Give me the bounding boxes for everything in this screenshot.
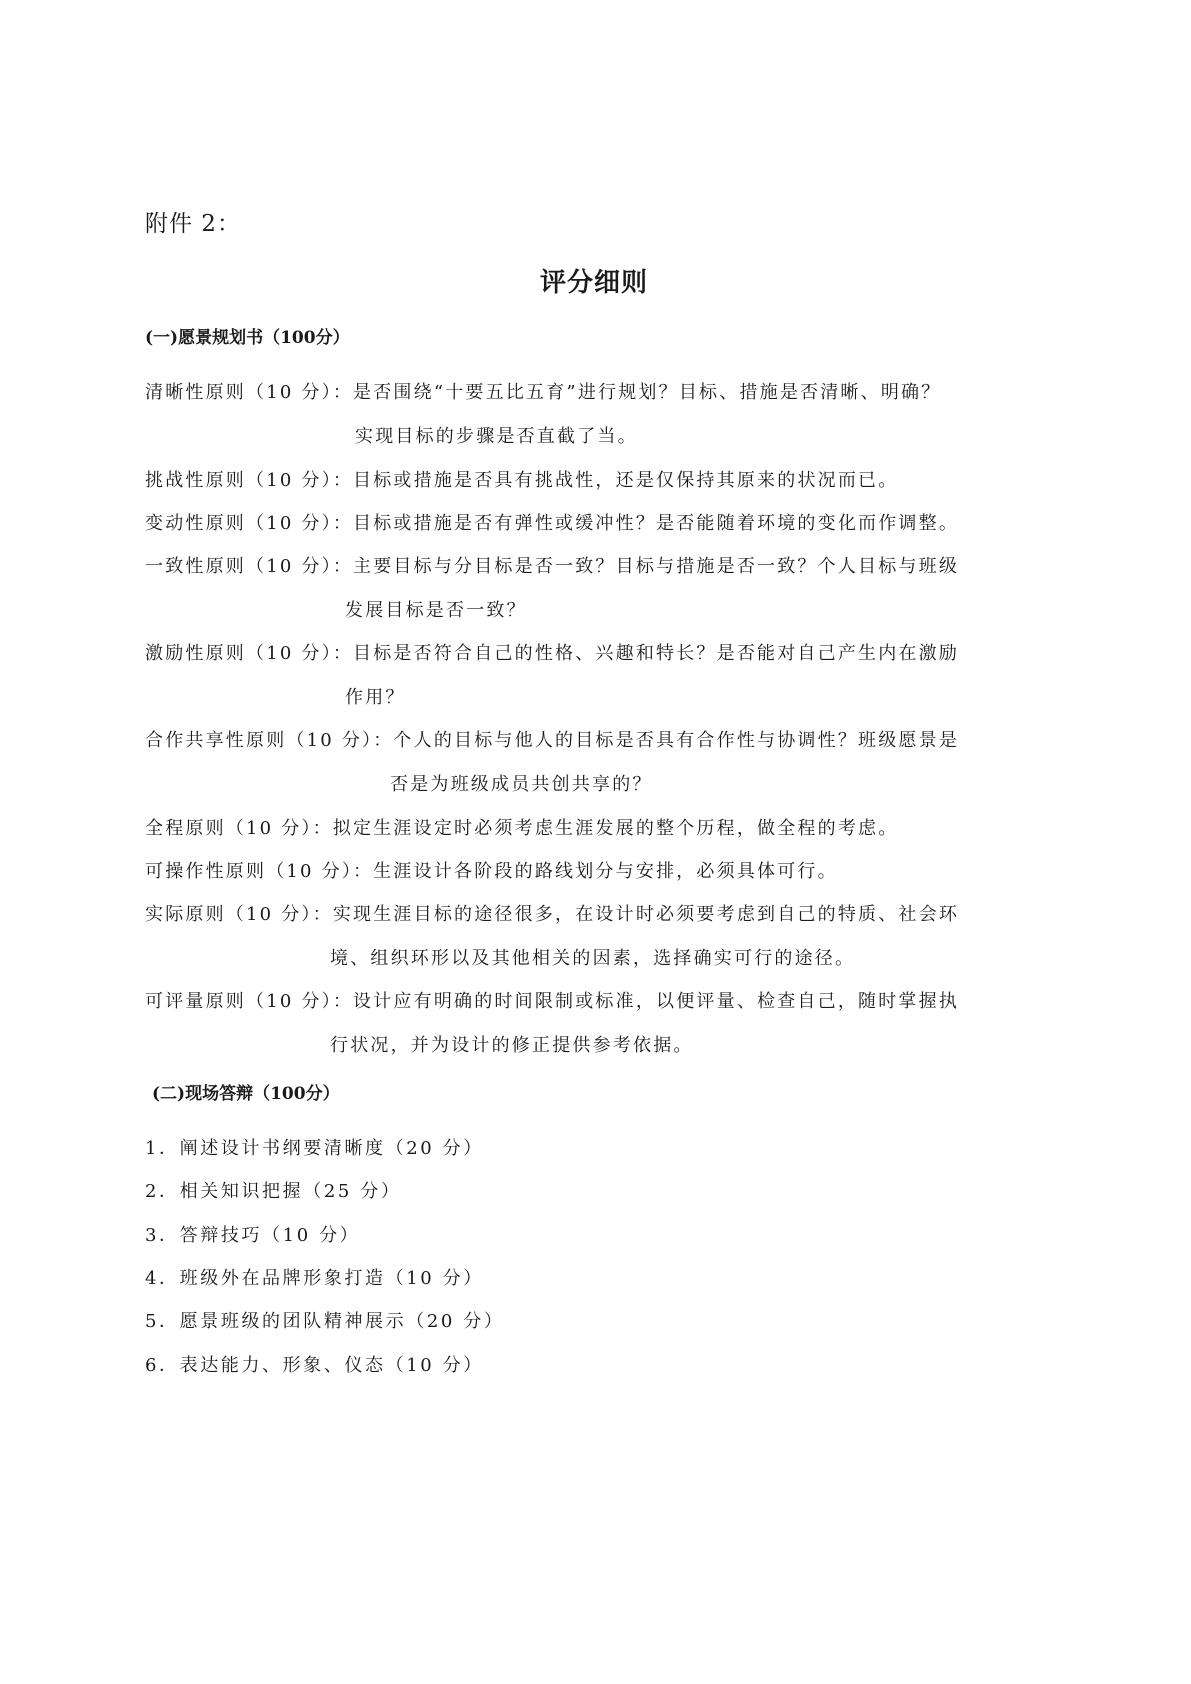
criterion-line: 挑战性原则（10 分）：目标或措施是否具有挑战性，还是仅保持其原来的状况而已。 (145, 472, 898, 490)
criterion-line: 变动性原则（10 分）：目标或措施是否有弹性或缓冲性？是否能随着环境的变化而作调… (145, 515, 959, 533)
criterion-line: 清晰性原则（10 分）：是否围绕“十要五比五育”进行规划？目标、措施是否清晰、明… (145, 384, 941, 402)
defense-item: 1．阐述设计书纲要清晰度（20 分） (145, 1140, 484, 1158)
page-title: 评分细则 (540, 270, 648, 296)
criterion-continuation: 否是为班级成员共创共享的？ (390, 776, 653, 794)
criterion-continuation: 境、组织环形以及其他相关的因素，选择确实可行的途径。 (330, 950, 855, 968)
section-heading-defense: (二)现场答辩（100分） (152, 1086, 340, 1103)
criterion-line: 全程原则（10 分）：拟定生涯设定时必须考虑生涯发展的整个历程，做全程的考虑。 (145, 820, 898, 838)
criterion-line: 实际原则（10 分）：实现生涯目标的途径很多，在设计时必须要考虑到自己的特质、社… (145, 906, 959, 924)
criterion-line: 合作共享性原则（10 分）：个人的目标与他人的目标是否具有合作性与协调性？班级愿… (145, 732, 959, 750)
defense-item: 2．相关知识把握（25 分） (145, 1183, 401, 1201)
defense-item: 3．答辩技巧（10 分） (145, 1227, 360, 1245)
defense-item: 5．愿景班级的团队精神展示（20 分） (145, 1313, 504, 1331)
criterion-line: 可评量原则（10 分）：设计应有明确的时间限制或标准，以便评量、检查自己，随时掌… (145, 993, 959, 1011)
defense-item: 4．班级外在品牌形象打造（10 分） (145, 1270, 484, 1288)
defense-item: 6．表达能力、形象、仪态（10 分） (145, 1357, 484, 1375)
criterion-continuation: 实现目标的步骤是否直截了当。 (355, 428, 638, 446)
criterion-continuation: 行状况，并为设计的修正提供参考依据。 (330, 1037, 694, 1055)
attachment-label: 附件 2： (145, 213, 241, 236)
criterion-line: 激励性原则（10 分）：目标是否符合自己的性格、兴趣和特长？是否能对自己产生内在… (145, 645, 959, 663)
criterion-line: 一致性原则（10 分）：主要目标与分目标是否一致？目标与措施是否一致？个人目标与… (145, 558, 959, 576)
section-heading-vision-plan: (一)愿景规划书（100分） (145, 330, 350, 347)
criterion-continuation: 发展目标是否一致？ (345, 602, 527, 620)
criterion-continuation: 作用？ (345, 689, 406, 707)
criterion-line: 可操作性原则（10 分）：生涯设计各阶段的路线划分与安排，必须具体可行。 (145, 863, 838, 881)
